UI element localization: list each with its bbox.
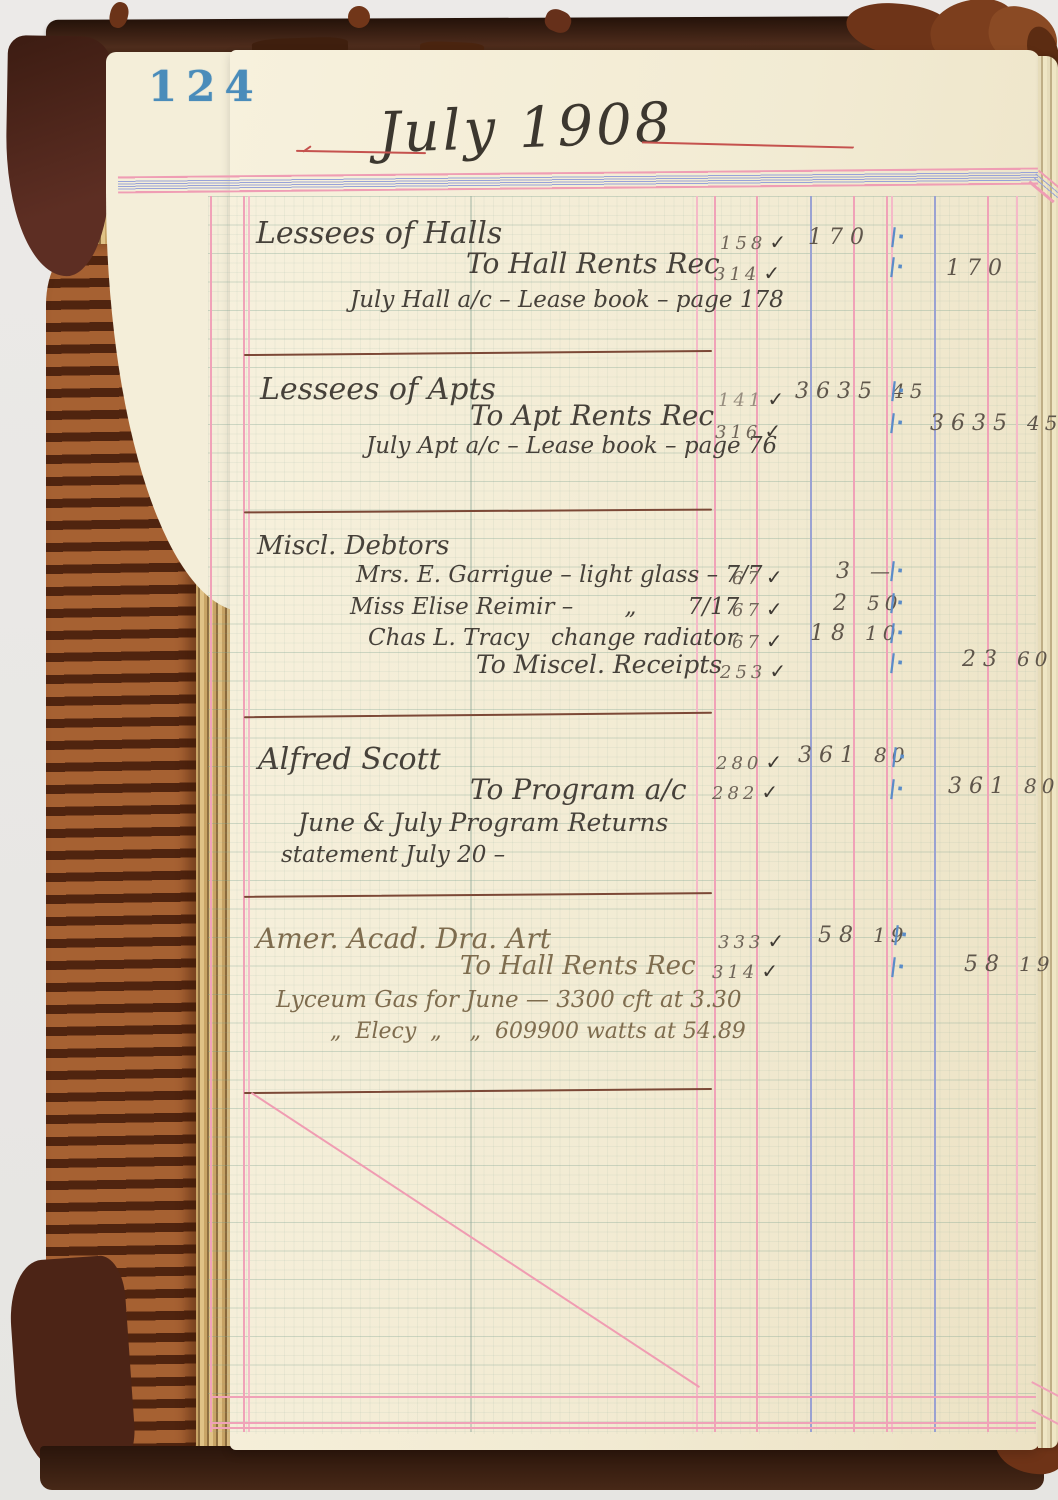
check-mark: ✓ xyxy=(769,659,786,683)
column-line xyxy=(696,196,698,1432)
column-line xyxy=(1016,196,1018,1432)
entry-memo: statement July 20 – xyxy=(281,842,505,868)
check-mark: ✓ xyxy=(766,597,783,621)
leather-corner-top-left xyxy=(4,35,112,277)
folio-cell: 253✓ xyxy=(720,659,786,683)
debit-amount: 170 xyxy=(808,225,884,250)
folio-cell: 67✓ xyxy=(732,597,783,621)
check-mark: ✓ xyxy=(766,565,783,589)
folio-cell: 67✓ xyxy=(732,565,783,589)
check-mark: ✓ xyxy=(767,929,784,953)
folio-cell: 316✓ xyxy=(715,419,781,443)
check-mark: ✓ xyxy=(767,387,784,411)
posted-mark: |· xyxy=(888,589,906,615)
posted-mark: |· xyxy=(888,557,906,583)
check-mark: ✓ xyxy=(761,780,778,804)
description-line xyxy=(248,196,250,1432)
ledger-photograph: 124 July 1908 Lessees of Halls To Hall R… xyxy=(0,0,1058,1500)
folio-cell: 333✓ xyxy=(718,929,784,953)
posted-mark: |· xyxy=(890,743,908,769)
posted-mark: |· xyxy=(888,409,906,435)
posted-mark: |· xyxy=(892,921,910,947)
entry-memo: July Hall a/c – Lease book – page 178 xyxy=(350,287,784,313)
entry-memo: „ Elecy „ „ 609900 watts at 54.89 xyxy=(330,1019,746,1044)
entry-memo: June & July Program Returns xyxy=(298,808,668,837)
page-title: July 1908 xyxy=(377,91,674,166)
folio-cell: 314✓ xyxy=(714,261,780,285)
page-number-stamp: 124 xyxy=(148,62,263,111)
credit-cents-line xyxy=(934,196,936,1432)
credit-amount: 2360 xyxy=(962,647,1052,672)
check-mark: ✓ xyxy=(761,959,778,983)
bottom-rule xyxy=(210,1396,1036,1398)
credit-amount: 170 xyxy=(946,256,1022,281)
check-mark: ✓ xyxy=(769,230,786,254)
bottom-rule xyxy=(210,1427,1036,1429)
posted-mark: |· xyxy=(888,619,906,645)
posted-mark: |· xyxy=(888,253,906,279)
margin-line xyxy=(210,196,212,1432)
column-line xyxy=(987,196,989,1432)
folio-cell: 314✓ xyxy=(712,959,778,983)
bottom-rule xyxy=(210,1422,1036,1424)
check-mark: ✓ xyxy=(765,750,782,774)
page-edge-right xyxy=(1038,56,1058,1448)
entry-detail-line: Chas L. Tracy change radiator xyxy=(368,625,737,651)
folio-column-line xyxy=(714,196,716,1432)
entry-name: Lessees of Apts xyxy=(260,372,496,407)
check-mark: ✓ xyxy=(763,261,780,285)
leather-corner-bottom-left xyxy=(7,1254,138,1476)
book-cover-bottom xyxy=(40,1446,1044,1490)
posted-mark: |· xyxy=(889,223,907,249)
credit-amount: 36180 xyxy=(948,774,1058,799)
check-mark: ✓ xyxy=(766,629,783,653)
check-mark: ✓ xyxy=(764,419,781,443)
folio-cell: 141✓ xyxy=(718,387,784,411)
entry-contra: To Miscel. Receipts xyxy=(476,650,722,679)
folio-cell: 158✓ xyxy=(720,230,786,254)
description-line xyxy=(243,196,245,1432)
entry-name: Lessees of Halls xyxy=(256,216,502,251)
entry-name: Alfred Scott xyxy=(258,742,441,777)
debit-column-line xyxy=(756,196,758,1432)
entry-detail-line: Miss Elise Reimir – „ 7/17 xyxy=(350,594,739,620)
entry-detail-line: Mrs. E. Garrigue – light glass – 7/7 xyxy=(356,562,762,588)
folio-cell: 67✓ xyxy=(732,629,783,653)
debit-amount: 3— xyxy=(836,559,895,584)
entry-contra: To Hall Rents Rec xyxy=(460,951,696,981)
credit-amount: 363545 xyxy=(930,411,1058,436)
posted-mark: |· xyxy=(888,649,906,675)
folio-cell: 282✓ xyxy=(712,780,778,804)
entry-contra: To Apt Rents Rec xyxy=(470,399,714,432)
posted-mark: |· xyxy=(888,775,906,801)
folio-cell: 280✓ xyxy=(716,750,782,774)
debit-amount: 363545 xyxy=(795,379,927,404)
entry-contra: To Hall Rents Rec xyxy=(466,247,720,280)
posted-mark: |· xyxy=(889,377,907,403)
credit-amount: 5819 xyxy=(964,952,1054,977)
entry-memo: Lyceum Gas for June — 3300 cft at 3.30 xyxy=(276,987,742,1013)
entry-name: Miscl. Debtors xyxy=(257,531,449,561)
entry-contra: To Program a/c xyxy=(470,773,687,806)
posted-mark: |· xyxy=(889,953,907,979)
